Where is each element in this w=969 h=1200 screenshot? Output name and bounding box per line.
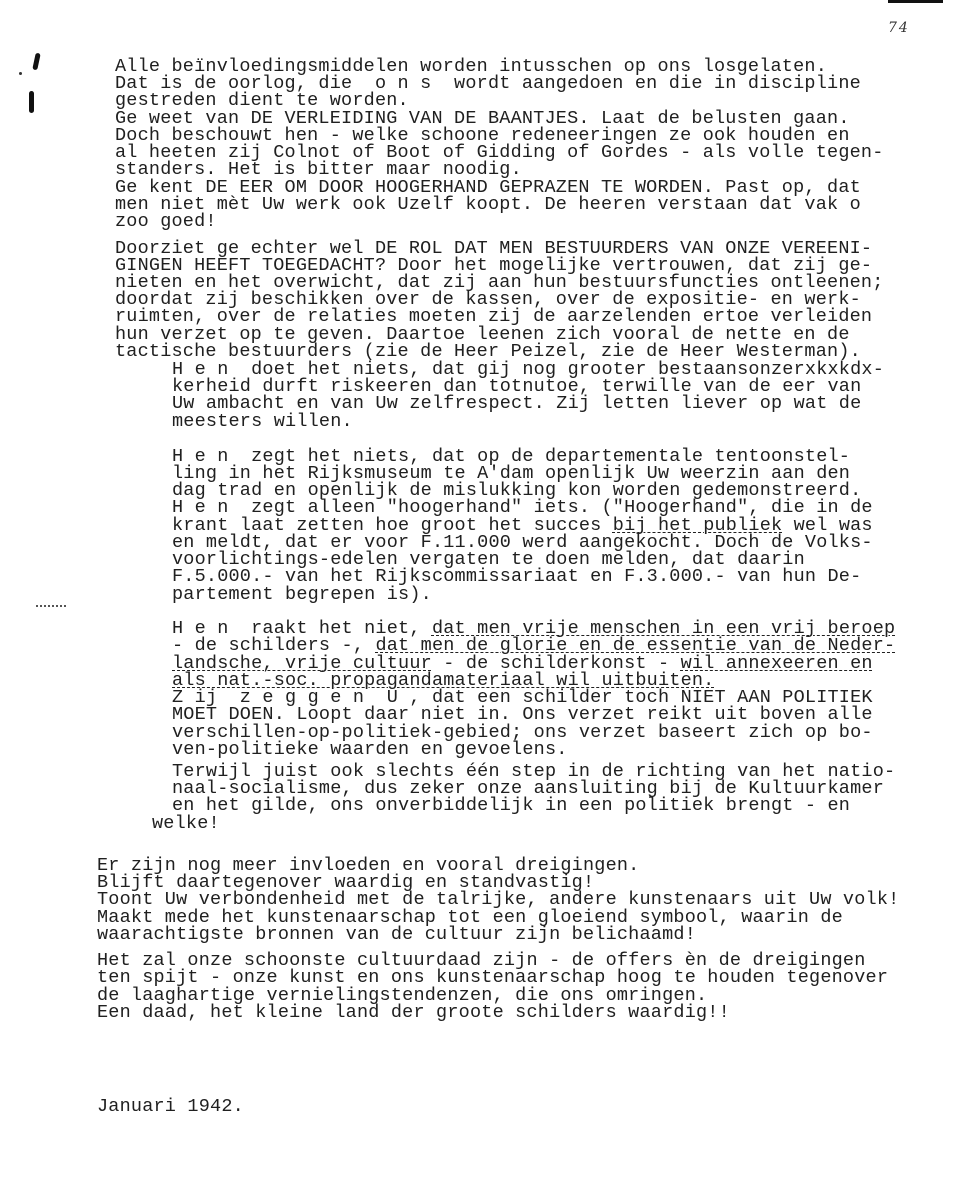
text-line: meesters willen. [172, 413, 353, 430]
text-line: men niet mèt Uw werk ook Uzelf koopt. De… [115, 196, 861, 213]
margin-ink-mark [29, 91, 34, 113]
text-line: en het gilde, ons onverbiddelijk in een … [172, 797, 850, 814]
typewritten-document-page: 74 Alle beïnvloedingsmiddelen worden int… [0, 0, 969, 1200]
text-line: H e n zegt alleen "hoogerhand" iets. ("H… [172, 499, 873, 516]
date-line: Januari 1942. [97, 1098, 244, 1115]
scan-edge-mark [888, 0, 943, 3]
margin-ink-dot [19, 72, 22, 75]
text-line: - de schilders -, dat men de glorie en d… [172, 637, 895, 654]
text-line: Een daad, het kleine land der groote sch… [97, 1004, 730, 1021]
text-line: ruimten, over de relaties moeten zij de … [115, 308, 872, 325]
text-line: F.5.000.- van het Rijkscommissariaat en … [172, 568, 861, 585]
text-line: welke! [152, 815, 220, 832]
page-number: 74 [888, 20, 910, 36]
margin-ink-mark [32, 53, 40, 71]
text-line: Uw ambacht en van Uw zelfrespect. Zij le… [172, 395, 861, 412]
text-line: standers. Het is bitter maar noodig. [115, 161, 522, 178]
text-line: ven-politieke waarden en gevoelens. [172, 741, 568, 758]
text-line: partement begrepen is). [172, 586, 432, 603]
text-line: ten spijt - onze kunst en ons kunstenaar… [97, 969, 888, 986]
text-line: Toont Uw verbondenheid met de talrijke, … [97, 891, 899, 908]
margin-dotted-mark [36, 605, 66, 609]
text-line: waarachtigste bronnen van de cultuur zij… [97, 926, 696, 943]
text-line: gestreden dient te worden. [115, 92, 409, 109]
text-line: zoo goed! [115, 213, 217, 230]
text-line: tactische bestuurders (zie de Heer Peize… [115, 343, 861, 360]
text-line: MOET DOEN. Loopt daar niet in. Ons verze… [172, 706, 873, 723]
